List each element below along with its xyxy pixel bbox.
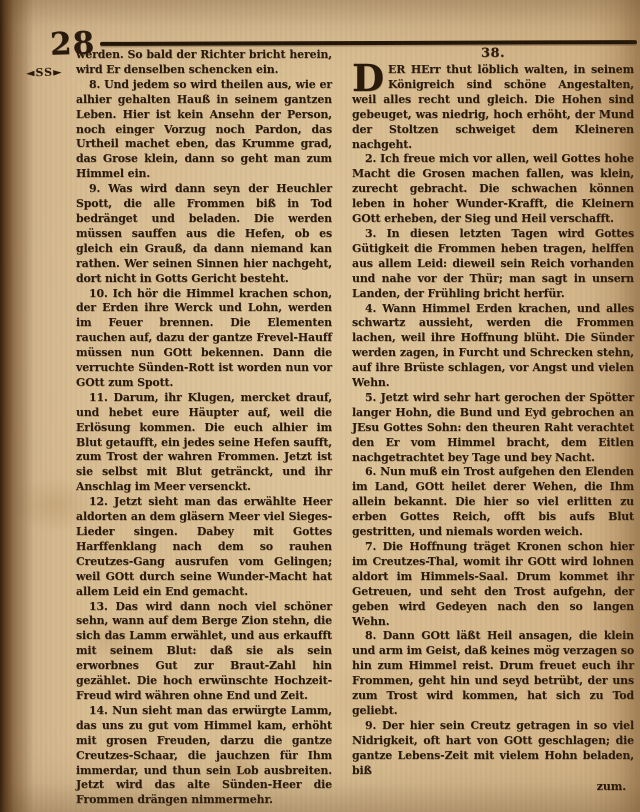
book-page-scan: 28 ◄SS► werden. So bald der Richter bric… <box>0 0 640 812</box>
verse-paragraph: 5. Jetzt wird sehr hart gerochen der Spö… <box>352 391 634 466</box>
verse-paragraph: 7. Die Hoffnung träget Kronen schon hier… <box>352 540 634 629</box>
verse-paragraph: 2. Ich freue mich vor allen, weil Gottes… <box>352 152 634 227</box>
left-text-column: werden. So bald der Richter bricht herei… <box>76 48 332 778</box>
opening-verse-text: ER HErr thut löblich walten, in seinem K… <box>352 63 634 151</box>
verse-paragraph: 4. Wann Himmel Erden krachen, und alles … <box>352 302 634 391</box>
catchword: zum. <box>352 779 634 794</box>
verse-paragraph: 10. Ich hör die Himmel krachen schon, de… <box>76 287 332 391</box>
drop-cap-initial: D <box>352 65 384 92</box>
printer-ornament: ◄SS► <box>26 65 63 79</box>
verse-paragraph: 6. Nun muß ein Trost aufgehen den Elende… <box>352 465 634 540</box>
verse-paragraph: 11. Darum, ihr Klugen, mercket drauf, un… <box>76 391 332 495</box>
verse-paragraph: 9. Was wird dann seyn der Heuchler Spott… <box>76 182 332 286</box>
opening-verse: DER HErr thut löblich walten, in seinem … <box>352 63 634 152</box>
verse-paragraph: 13. Das wird dann noch viel schöner sehn… <box>76 600 332 704</box>
verse-paragraph: werden. So bald der Richter bricht herei… <box>76 48 332 78</box>
verse-paragraph: 14. Nun sieht man das erwürgte Lamm, das… <box>76 704 332 808</box>
verse-paragraph: 9. Der hier sein Creutz getragen in so v… <box>352 719 634 779</box>
right-text-column: 38. DER HErr thut löblich walten, in sei… <box>352 46 634 786</box>
verse-paragraph: 8. Und jedem so wird theilen aus, wie er… <box>76 78 332 182</box>
right-verses: 2. Ich freue mich vor allen, weil Gottes… <box>352 152 634 778</box>
hymn-number: 38. <box>352 46 634 62</box>
verse-paragraph: 3. In diesen letzten Tagen wird Gottes G… <box>352 227 634 302</box>
binding-edge-shadow <box>0 0 34 812</box>
verse-paragraph: 8. Dann GOtt läßt Heil ansagen, die klei… <box>352 629 634 718</box>
verse-paragraph: 12. Jetzt sieht man das erwählte Heer al… <box>76 495 332 599</box>
